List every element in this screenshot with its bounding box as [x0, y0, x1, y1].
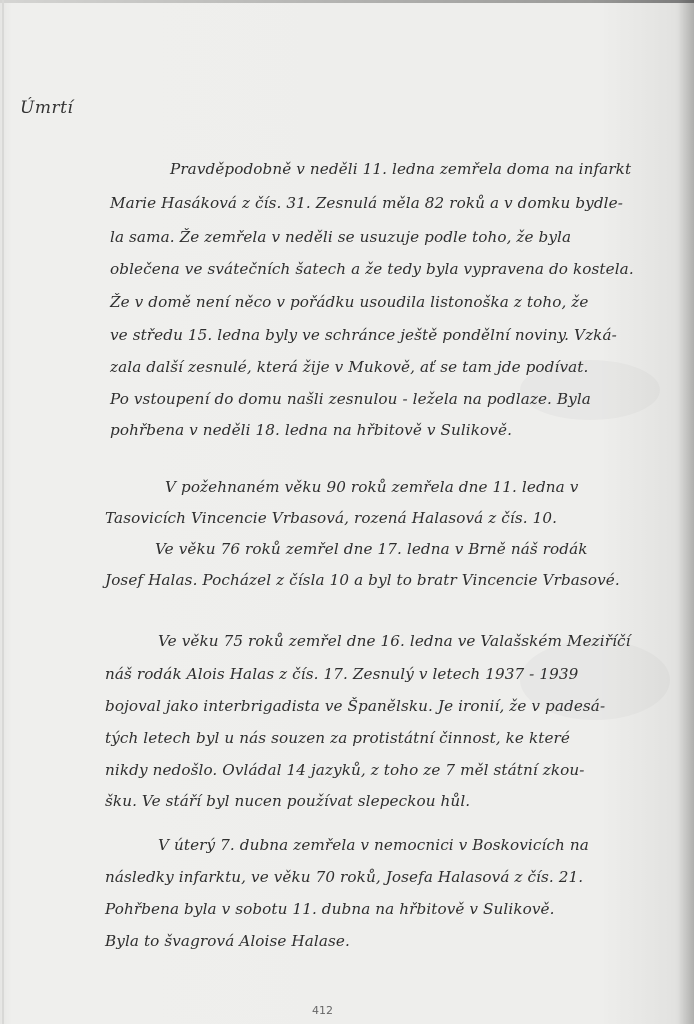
text-line: šku. Ve stáří byl nucen používat slepeck… [105, 792, 470, 810]
text-line: bojoval jako interbrigadista ve Španělsk… [105, 697, 605, 715]
text-line: Josef Halas. Pocházel z čísla 10 a byl t… [105, 571, 620, 589]
page-gutter-shadow [678, 0, 694, 1024]
page-number: 412 [312, 1004, 333, 1017]
text-line: Ve věku 75 roků zemřel dne 16. ledna ve … [158, 632, 631, 650]
text-line: Tasovicích Vincencie Vrbasová, rozená Ha… [105, 509, 557, 527]
text-line: Že v domě není něco v pořádku usoudila l… [110, 293, 589, 311]
text-line: la sama. Že zemřela v neděli se usuzuje … [110, 228, 571, 246]
section-heading: Úmrtí [20, 98, 73, 118]
text-line: Marie Hasáková z čís. 31. Zesnulá měla 8… [110, 194, 623, 212]
text-line: Pohřbena byla v sobotu 11. dubna na hřbi… [105, 900, 555, 918]
text-line: V úterý 7. dubna zemřela v nemocnici v B… [158, 836, 589, 854]
text-line: následky infarktu, ve věku 70 roků, Jose… [105, 868, 583, 886]
text-line: Ve věku 76 roků zemřel dne 17. ledna v B… [155, 540, 588, 558]
text-line: ve středu 15. ledna byly ve schránce ješ… [110, 326, 617, 344]
scanned-page: Úmrtí Pravděpodobně v neděli 11. ledna z… [0, 0, 694, 1024]
page-left-edge [2, 0, 4, 1024]
text-line: Pravděpodobně v neděli 11. ledna zemřela… [170, 160, 631, 178]
text-line: Byla to švagrová Aloise Halase. [105, 932, 350, 950]
text-line: pohřbena v neděli 18. ledna na hřbitově … [110, 421, 512, 439]
page-top-edge [0, 0, 694, 3]
text-line: náš rodák Alois Halas z čís. 17. Zesnulý… [105, 665, 578, 683]
text-line: Po vstoupení do domu našli zesnulou - le… [110, 390, 591, 408]
text-line: nikdy nedošlo. Ovládal 14 jazyků, z toho… [105, 761, 585, 779]
text-line: oblečena ve svátečních šatech a že tedy … [110, 260, 634, 278]
text-line: V požehnaném věku 90 roků zemřela dne 11… [165, 478, 578, 496]
text-line: zala další zesnulé, která žije v Mukově,… [110, 358, 588, 376]
text-line: tých letech byl u nás souzen za protistá… [105, 729, 570, 747]
